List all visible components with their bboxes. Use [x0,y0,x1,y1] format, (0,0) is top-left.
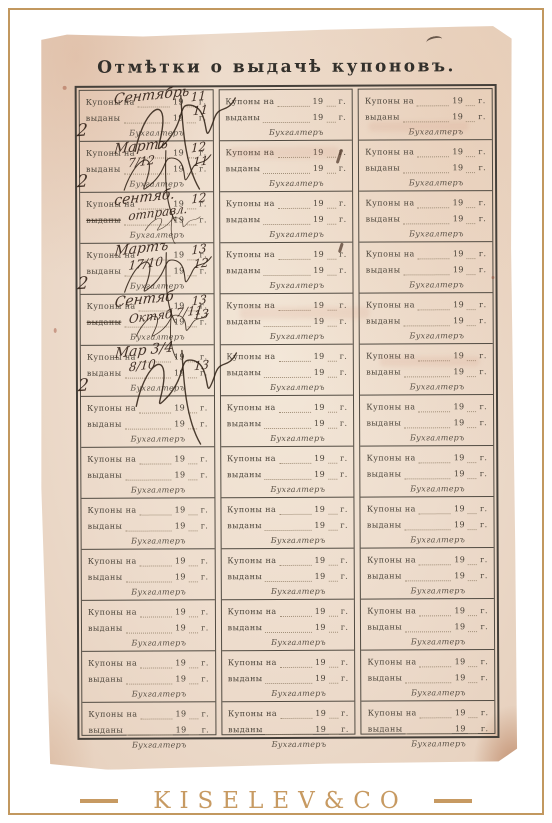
dotted-leader [264,216,311,225]
dotted-leader [329,573,338,582]
dotted-leader [188,353,197,362]
dotted-leader [189,710,198,719]
dotted-leader [278,200,310,209]
coupons-label: Купоны на [226,351,275,362]
dotted-leader [329,710,338,719]
year-suffix: г. [478,111,486,122]
dotted-leader [404,470,451,479]
accountant-label: Бухгалтеръ [131,484,186,495]
year-suffix: г. [200,367,208,378]
accountant-label: Бухгалтеръ [410,483,465,494]
coupons-label: Купоны на [365,197,414,208]
year-suffix: г. [199,163,207,174]
dotted-leader [264,267,311,276]
coupon-cell: Купоны на 19 г. выданы 19 г. Бухгалтеръ [361,548,494,600]
year-prefix: 19 [312,96,323,107]
year-prefix: 19 [175,555,186,566]
screenshot-root: Отмѣтки о выдачѣ купоновъ. Купоны на 19 … [0,0,552,823]
year-prefix: 19 [174,418,185,429]
coupons-label: Купоны на [365,95,414,106]
dotted-leader [189,659,198,668]
coupons-label: Купоны на [87,505,136,516]
coupon-cell: Купоны на 19 г. выданы 19 г. Бухгалтеръ [81,396,214,448]
year-prefix: 19 [175,571,186,582]
dotted-leader [124,165,171,174]
document-paper: Отмѣтки о выдачѣ купоновъ. Купоны на 19 … [38,26,517,770]
coupons-label: Купоны на [228,657,277,668]
table-column: Купоны на 19 г. выданы 19 г. Бухгалтеръ … [358,88,495,735]
year-suffix: г. [341,708,349,719]
dotted-leader [140,659,172,668]
coupons-label: Купоны на [88,658,137,669]
coupon-cell: Купоны на 19 г. выданы 19 г. Бухгалтеръ [219,90,352,142]
dotted-leader [417,97,449,106]
year-prefix: 19 [455,656,466,667]
year-suffix: г. [340,402,348,413]
issued-label: выданы [366,213,401,224]
year-prefix: 19 [173,249,184,260]
accountant-label: Бухгалтеръ [270,382,325,393]
accountant-label: Бухгалтеръ [409,126,464,137]
year-suffix: г. [478,146,486,157]
dotted-leader [468,419,477,428]
year-prefix: 19 [454,452,465,463]
issued-label: выданы [227,418,262,429]
issued-label: выданы [365,111,400,122]
year-prefix: 19 [454,519,465,530]
dotted-leader [189,573,198,582]
dotted-leader [418,250,450,259]
dotted-leader [468,521,477,530]
coupon-table: Купоны на 19 г. выданы 19 г. Бухгалтеръ … [75,84,500,740]
foxing-spot [54,328,57,333]
dotted-leader [125,369,172,378]
year-prefix: 19 [454,417,465,428]
coupons-label: Купоны на [227,402,276,413]
dotted-leader [418,403,450,412]
issued-label: выданы [88,572,123,583]
dotted-leader [328,557,337,566]
dotted-leader [327,200,336,209]
dotted-leader [403,266,450,275]
year-suffix: г. [199,249,207,260]
dotted-leader [468,470,477,479]
coupon-cell: Купоны на 19 г. выданы 19 г. Бухгалтеръ [361,599,494,651]
dotted-leader [329,659,338,668]
year-suffix: г. [478,95,486,106]
year-prefix: 19 [453,299,464,310]
issued-label: выданы [88,725,123,736]
accountant-label: Бухгалтеръ [271,688,326,699]
year-prefix: 19 [315,657,326,668]
year-prefix: 19 [315,724,326,735]
year-prefix: 19 [453,213,464,224]
coupon-cell: Купоны на 19 г. выданы 19 г. Бухгалтеръ [360,293,493,345]
dotted-leader [419,505,451,514]
dotted-leader [264,318,311,327]
year-suffix: г. [340,504,348,515]
dotted-leader [468,607,477,616]
accountant-label: Бухгалтеръ [272,739,327,750]
year-suffix: г. [479,401,487,412]
dotted-leader [404,368,451,377]
dotted-leader [419,658,451,667]
year-prefix: 19 [175,622,186,633]
year-prefix: 19 [175,606,186,617]
year-prefix: 19 [313,316,324,327]
accountant-label: Бухгалтеръ [269,229,324,240]
coupon-cell: Купоны на 19 г. выданы 19 г. Бухгалтеръ … [80,243,213,295]
accountant-label: Бухгалтеръ [131,586,186,597]
year-prefix: 19 [174,453,185,464]
coupons-label: Купоны на [366,248,415,259]
year-prefix: 19 [315,708,326,719]
coupon-cell: Купоны на 19 г. выданы 19 г. Бухгалтеръ [361,446,494,498]
year-suffix: г. [480,605,488,616]
year-suffix: г. [341,724,349,735]
dotted-leader [189,608,198,617]
dotted-leader [188,471,197,480]
accountant-label: Бухгалтеръ [410,381,465,392]
year-suffix: г. [481,707,489,718]
brand-footer: KISELEV&CO [0,788,552,814]
coupons-label: Купоны на [226,147,275,158]
year-suffix: г. [340,367,348,378]
dotted-leader [329,608,338,617]
dotted-leader [124,216,171,225]
coupons-label: Купоны на [368,707,417,718]
year-suffix: г. [341,673,349,684]
year-suffix: г. [339,316,347,327]
coupon-cell: Купоны на 19 г. выданы 19 г. Бухгалтеръ [361,497,494,549]
year-prefix: 19 [173,147,184,158]
year-prefix: 19 [313,147,324,158]
page-title: Отмѣтки о выдачѣ купоновъ. [39,56,515,78]
dotted-leader [125,522,172,531]
accountant-label: Бухгалтеръ [130,280,185,291]
coupon-cell: Купоны на 19 г. выданы 19 г. Бухгалтеръ [220,243,353,295]
year-prefix: 19 [454,570,465,581]
year-suffix: г. [478,162,486,173]
dotted-leader [328,404,337,413]
year-prefix: 19 [174,316,185,327]
dotted-leader [140,710,172,719]
dotted-leader [278,149,310,158]
dotted-leader [468,505,477,514]
accountant-label: Бухгалтеръ [409,177,464,188]
year-suffix: г. [339,147,347,158]
year-prefix: 19 [314,520,325,531]
dotted-leader [404,317,451,326]
coupon-cell: Купоны на 19 г. выданы 19 г. Бухгалтеръ … [81,294,214,346]
dotted-leader [328,455,337,464]
year-suffix: г. [338,96,346,107]
dotted-leader [265,624,312,633]
dotted-leader [280,659,312,668]
accountant-label: Бухгалтеръ [130,382,185,393]
coupons-label: Купоны на [227,504,276,515]
year-suffix: г. [201,520,209,531]
dotted-leader [403,113,450,122]
year-suffix: г. [479,299,487,310]
coupon-cell: Купоны на 19 г. выданы 19 г. Бухгалтеръ [81,447,214,499]
year-suffix: г. [481,656,489,667]
issued-label: выданы [366,417,401,428]
issued-label: выданы [365,162,400,173]
year-prefix: 19 [453,315,464,326]
year-prefix: 19 [454,554,465,565]
year-prefix: 19 [174,367,185,378]
dotted-leader [329,726,338,735]
year-suffix: г. [479,197,487,208]
year-prefix: 19 [175,520,186,531]
coupon-cell: Купоны на 19 г. выданы 19 г. Бухгалтеръ … [81,345,214,397]
year-suffix: г. [340,469,348,480]
year-prefix: 19 [313,249,324,260]
accountant-label: Бухгалтеръ [132,688,187,699]
issued-label: выданы [225,112,260,123]
foxing-spot [63,86,67,90]
dotted-leader [189,675,198,684]
dotted-leader [264,369,311,378]
year-prefix: 19 [314,504,325,515]
year-suffix: г. [200,351,208,362]
coupons-label: Купоны на [366,401,415,412]
dotted-leader [140,608,172,617]
year-suffix: г. [339,112,347,123]
year-suffix: г. [479,366,487,377]
coupons-label: Купоны на [367,554,416,565]
year-suffix: г. [199,214,207,225]
year-prefix: 19 [174,402,185,413]
year-suffix: г. [479,248,487,259]
issued-label: выданы [226,316,261,327]
dotted-leader [187,216,196,225]
year-suffix: г. [339,163,347,174]
year-prefix: 19 [452,111,463,122]
issued-label: выданы [226,163,261,174]
dotted-leader [327,149,336,158]
coupons-label: Купоны на [367,656,416,667]
dotted-leader [403,215,450,224]
coupon-cell: Купоны на 19 г. выданы 19 г. Бухгалтеръ [222,702,355,753]
dotted-leader [125,573,172,582]
year-suffix: г. [201,708,209,719]
accountant-label: Бухгалтеръ [271,535,326,546]
dotted-leader [138,251,170,260]
year-prefix: 19 [175,657,186,668]
issued-label: выданы [86,215,121,226]
dotted-leader [126,624,173,633]
year-prefix: 19 [174,469,185,480]
dotted-leader [466,148,475,157]
dotted-leader [405,725,452,734]
dotted-leader [266,726,313,735]
year-suffix: г. [339,265,347,276]
issued-label: выданы [227,520,262,531]
issued-label: выданы [86,266,121,277]
coupon-cell: Купоны на 19 г. выданы 19 г. Бухгалтеръ [220,192,353,244]
dotted-leader [467,199,476,208]
coupons-label: Купоны на [367,452,416,463]
dotted-leader [187,98,196,107]
accountant-label: Бухгалтеръ [131,433,186,444]
year-prefix: 19 [314,469,325,480]
year-suffix: г. [479,213,487,224]
year-prefix: 19 [173,214,184,225]
dotted-leader [188,455,197,464]
dotted-leader [327,251,336,260]
year-suffix: г. [339,198,347,209]
issued-label: выданы [366,264,401,275]
coupon-cell: Купоны на 19 г. выданы 19 г. Бухгалтеръ [82,651,215,703]
dotted-leader [188,302,197,311]
accountant-label: Бухгалтеръ [270,280,325,291]
year-suffix: г. [479,315,487,326]
coupons-label: Купоны на [86,148,135,159]
year-prefix: 19 [175,708,186,719]
accountant-label: Бухгалтеръ [409,279,464,290]
coupon-cell: Купоны на 19 г. выданы 19 г. Бухгалтеръ [220,141,353,193]
coupon-cell: Купоны на 19 г. выданы 19 г. Бухгалтеръ [82,702,215,753]
year-prefix: 19 [175,504,186,515]
coupons-label: Купоны на [87,301,136,312]
accountant-label: Бухгалтеръ [132,739,187,750]
year-prefix: 19 [453,350,464,361]
dotted-leader [138,98,170,107]
coupons-label: Купоны на [226,198,275,209]
year-suffix: г. [200,300,208,311]
issued-label: выданы [226,214,261,225]
year-suffix: г. [200,316,208,327]
year-prefix: 19 [314,453,325,464]
accountant-label: Бухгалтеръ [271,637,326,648]
year-prefix: 19 [176,724,187,735]
year-suffix: г. [339,300,347,311]
dotted-leader [138,149,170,158]
issued-label: выданы [367,468,402,479]
issued-label: выданы [88,521,123,532]
accountant-label: Бухгалтеръ [129,127,184,138]
year-suffix: г. [480,554,488,565]
issued-label: выданы [87,419,122,430]
year-prefix: 19 [313,163,324,174]
year-suffix: г. [341,606,349,617]
dotted-leader [187,114,196,123]
issued-label: выданы [367,621,402,632]
coupon-cell: Купоны на 19 г. выданы 19 г. Бухгалтеръ [221,396,354,448]
dotted-leader [469,709,478,718]
year-suffix: г. [199,198,207,209]
year-prefix: 19 [313,198,324,209]
dotted-leader [140,557,172,566]
dotted-leader [263,165,310,174]
coupons-label: Купоны на [86,250,135,261]
coupons-label: Купоны на [225,96,274,107]
year-prefix: 19 [314,555,325,566]
dotted-leader [327,114,336,123]
dotted-leader [417,199,449,208]
dotted-leader [419,454,451,463]
year-suffix: г. [480,452,488,463]
dotted-leader [188,420,197,429]
year-suffix: г. [199,96,207,107]
coupon-cell: Купоны на 19 г. выданы 19 г. Бухгалтеръ [222,651,355,703]
coupons-label: Купоны на [88,709,137,720]
accountant-label: Бухгалтеръ [130,331,185,342]
dotted-leader [469,674,478,683]
year-suffix: г. [201,606,209,617]
dotted-leader [467,301,476,310]
coupons-label: Купоны на [226,300,275,311]
dotted-leader [278,251,310,260]
year-prefix: 19 [313,214,324,225]
year-suffix: г. [341,571,349,582]
year-prefix: 19 [315,673,326,684]
dotted-leader [187,165,196,174]
dotted-leader [466,113,475,122]
year-prefix: 19 [452,146,463,157]
dotted-leader [279,557,311,566]
accountant-label: Бухгалтеръ [411,585,466,596]
dotted-leader [328,471,337,480]
coupon-cell: Купоны на 19 г. выданы 19 г. Бухгалтеръ [360,344,493,396]
dotted-leader [280,710,312,719]
issued-label: выданы [368,672,403,683]
coupon-cell: Купоны на 19 г. выданы 19 г. Бухгалтеръ [360,242,493,294]
year-suffix: г. [339,249,347,260]
dotted-leader [467,266,476,275]
coupons-label: Купоны на [365,146,414,157]
year-prefix: 19 [314,351,325,362]
dotted-leader [417,148,449,157]
coupons-label: Купоны на [227,555,276,566]
issued-label: выданы [228,673,263,684]
year-prefix: 19 [314,367,325,378]
year-prefix: 19 [454,468,465,479]
year-suffix: г. [201,555,209,566]
year-suffix: г. [479,264,487,275]
dotted-leader [329,624,338,633]
coupons-label: Купоны на [367,503,416,514]
issued-label: выданы [366,315,401,326]
year-prefix: 19 [453,197,464,208]
accountant-label: Бухгалтеръ [409,330,464,341]
dotted-leader [468,556,477,565]
coupons-label: Купоны на [228,606,277,617]
coupon-cell: Купоны на 19 г. выданы 19 г. Бухгалтеръ … [80,90,213,142]
dotted-leader [327,318,336,327]
dotted-leader [139,302,171,311]
dotted-leader [189,506,198,515]
year-suffix: г. [340,520,348,531]
year-prefix: 19 [454,503,465,514]
dotted-leader [468,572,477,581]
dotted-leader [328,506,337,515]
year-prefix: 19 [453,366,464,377]
dotted-leader [188,318,197,327]
year-prefix: 19 [313,300,324,311]
issued-label: выданы [366,366,401,377]
year-suffix: г. [340,555,348,566]
dotted-leader [139,506,171,515]
dotted-leader [264,420,311,429]
issued-label: выданы [86,113,121,124]
year-suffix: г. [201,571,209,582]
dotted-leader [125,420,172,429]
issued-label: выданы [87,470,122,481]
brand-name: KISELEV&CO [144,788,407,814]
